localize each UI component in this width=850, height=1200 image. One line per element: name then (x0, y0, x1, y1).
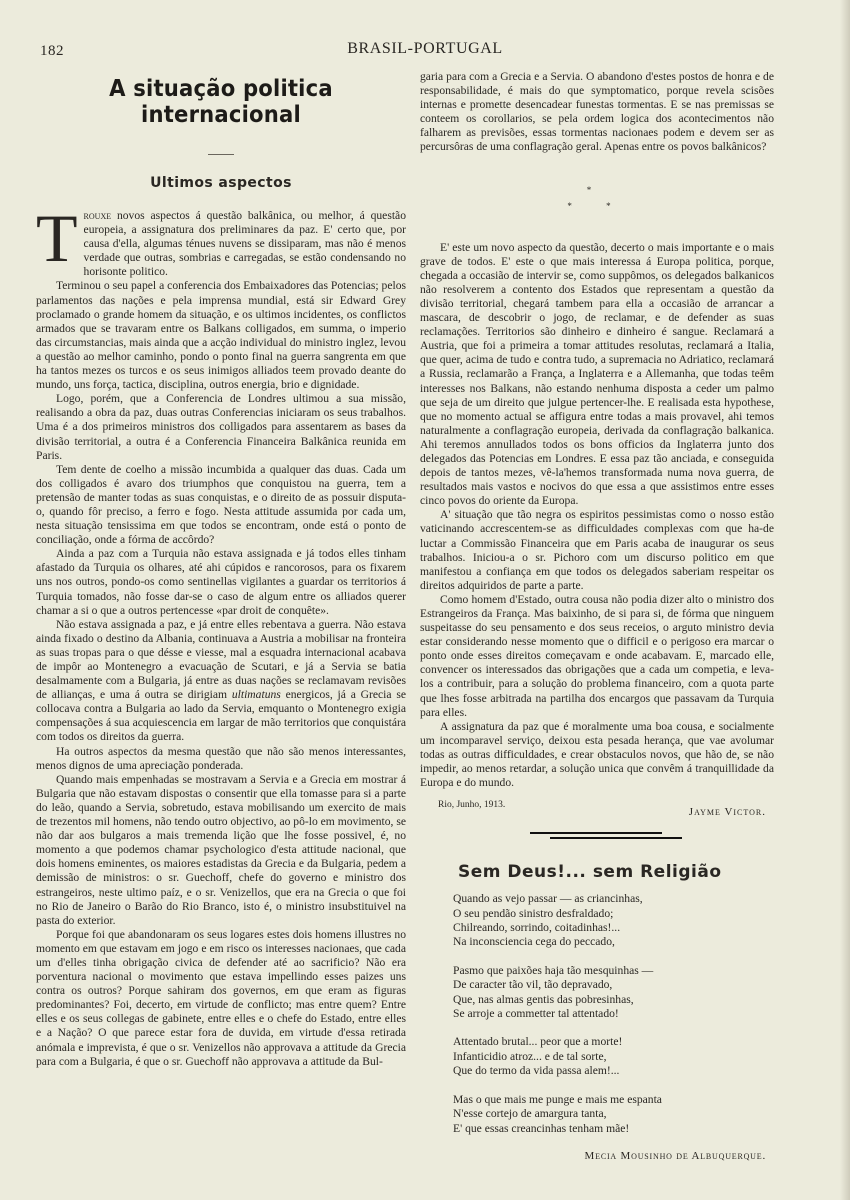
paragraph: Terminou o seu papel a conferencia dos E… (36, 279, 406, 392)
left-column: A situação politica internacional Ultimo… (36, 70, 406, 1069)
article-body-right-2: E' este um novo aspecto da questão, dece… (420, 241, 774, 791)
running-head: BRASIL-PORTUGAL (0, 40, 850, 58)
paragraph: Porque foi que abandonaram os seus logar… (36, 928, 406, 1069)
poem-stanza: Attentado brutal... peor que a morte! In… (453, 1035, 774, 1078)
drop-cap: T (36, 209, 78, 268)
paragraph: Como homem d'Estado, outra cousa não pod… (420, 593, 774, 720)
paragraph: Ainda a paz com a Turquia não estava ass… (36, 547, 406, 617)
paragraph: Logo, porém, que a Conferencia de Londre… (36, 392, 406, 462)
page-edge-shadow (840, 0, 850, 1200)
poem: Quando as vejo passar — as criancinhas, … (453, 892, 774, 1136)
rule-line (530, 832, 662, 834)
paragraph: Quando mais empenhadas se mostravam a Se… (36, 773, 406, 928)
asterisk-row: * * (420, 201, 774, 211)
double-rule-divider (420, 832, 774, 846)
poem-line: Que do termo da vida passa alem!... (453, 1064, 774, 1078)
paragraph: Tem dente de coelho a missão incumbida a… (36, 463, 406, 548)
poem-line: N'esse cortejo de amargura tanta, (453, 1107, 774, 1121)
poem-stanza: Mas o que mais me punge e mais me espant… (453, 1093, 774, 1136)
poem-author: Mecia Mousinho de Albuquerque. (420, 1150, 766, 1162)
magazine-page: 182 BRASIL-PORTUGAL A situação politica … (0, 0, 850, 1200)
poem-line: Mas o que mais me punge e mais me espant… (453, 1093, 774, 1107)
asterisk-row: * (420, 185, 774, 195)
article-subtitle: Ultimos aspectos (36, 175, 406, 191)
poem-stanza: Pasmo que paixões haja tão mesquinhas — … (453, 964, 774, 1022)
first-paragraph-text: novos aspectos á questão balkânica, ou m… (84, 209, 406, 278)
poem-line: E' que essas creancinhas tenham mãe! (453, 1122, 774, 1136)
first-paragraph: Trouxe novos aspectos á questão balkânic… (36, 209, 406, 279)
poem-stanza: Quando as vejo passar — as criancinhas, … (453, 892, 774, 950)
article-title: A situação politica internacional (51, 76, 391, 128)
title-rule (208, 154, 234, 155)
poem-line: Attentado brutal... peor que a morte! (453, 1035, 774, 1049)
poem-line: Chilreando, sorrindo, coitadinhas!... (453, 921, 774, 935)
paragraph: A' situação que tão negra os espiritos p… (420, 508, 774, 593)
poem-title: Sem Deus!... sem Religião (458, 862, 774, 882)
poem-line: Pasmo que paixões haja tão mesquinhas — (453, 964, 774, 978)
paragraph: Ha outros aspectos da mesma questão que … (36, 745, 406, 773)
rule-line (550, 837, 682, 839)
paragraph: Não estava assignada a paz, e já entre e… (36, 618, 406, 745)
poem-line: Na inconsciencia cega do peccado, (453, 935, 774, 949)
poem-line: O seu pendão sinistro desfraldado; (453, 907, 774, 921)
first-word: rouxe (84, 209, 112, 222)
poem-line: De caracter tão vil, tão depravado, (453, 978, 774, 992)
article-body-left: Trouxe novos aspectos á questão balkânic… (36, 209, 406, 1069)
continued-paragraph: garia para com a Grecia e a Servia. O ab… (420, 70, 774, 155)
italic-term: ultimatuns (232, 688, 281, 701)
poem-line: Infanticidio atroz... e de tal sorte, (453, 1050, 774, 1064)
poem-line: Que, nas almas gentis das pobresinhas, (453, 993, 774, 1007)
paragraph: A assignatura da paz que é moralmente um… (420, 720, 774, 790)
article-body-right: garia para com a Grecia e a Servia. O ab… (420, 70, 774, 155)
poem-line: Se arroje a commetter tal attentado! (453, 1007, 774, 1021)
right-column: garia para com a Grecia e a Servia. O ab… (420, 70, 774, 1162)
paragraph: E' este um novo aspecto da questão, dece… (420, 241, 774, 509)
section-separator-asterisks: * * * (420, 185, 774, 211)
poem-line: Quando as vejo passar — as criancinhas, (453, 892, 774, 906)
